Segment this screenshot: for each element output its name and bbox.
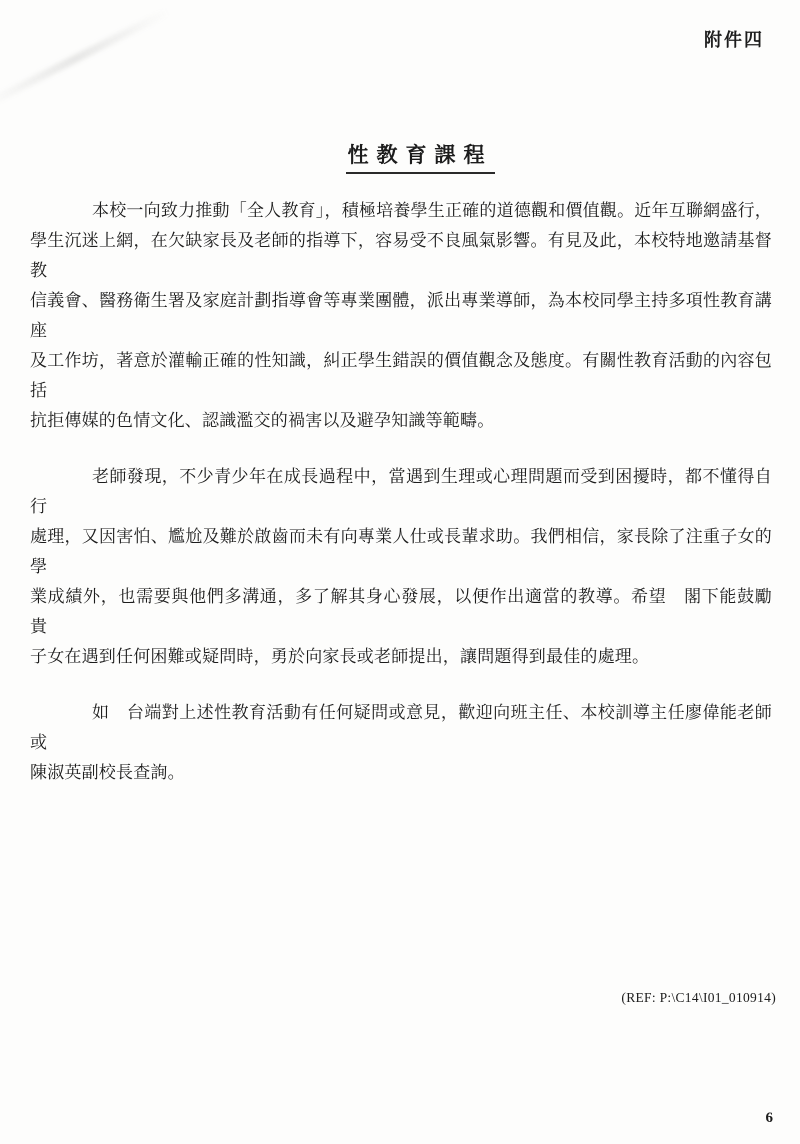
paragraph-line: 子女在遇到任何困難或疑問時，勇於向家長或老師提出，讓問題得到最佳的處理。 (30, 642, 772, 672)
paragraph-line: 及工作坊，著意於灌輸正確的性知識，糾正學生錯誤的價值觀念及態度。有關性教育活動的… (30, 346, 772, 406)
paragraph: 如 台端對上述性教育活動有任何疑問或意見，歡迎向班主任、本校訓導主任廖偉能老師或… (30, 698, 772, 788)
paragraph: 老師發現，不少青少年在成長過程中，當遇到生理或心理問題而受到困擾時，都不懂得自行… (30, 462, 772, 672)
paragraph-line: 學生沉迷上網，在欠缺家長及老師的指導下，容易受不良風氣影響。有見及此，本校特地邀… (30, 226, 772, 286)
reference-code: (REF: P:\C14\I01_010914) (621, 990, 776, 1006)
paragraph-line: 陳淑英副校長查詢。 (30, 758, 772, 788)
attachment-label: 附件四 (704, 26, 764, 52)
page-title: 性教育課程 (346, 139, 495, 174)
paragraph-line: 如 台端對上述性教育活動有任何疑問或意見，歡迎向班主任、本校訓導主任廖偉能老師或 (30, 698, 772, 758)
paragraph-line: 老師發現，不少青少年在成長過程中，當遇到生理或心理問題而受到困擾時，都不懂得自行 (30, 462, 772, 522)
paragraph-line: 信義會、醫務衛生署及家庭計劃指導會等專業團體，派出專業導師，為本校同學主持多項性… (30, 286, 772, 346)
document-body: 本校一向致力推動「全人教育」，積極培養學生正確的道德觀和價值觀。近年互聯網盛行，… (30, 196, 772, 814)
paragraph-line: 本校一向致力推動「全人教育」，積極培養學生正確的道德觀和價值觀。近年互聯網盛行， (30, 196, 772, 226)
paragraph: 本校一向致力推動「全人教育」，積極培養學生正確的道德觀和價值觀。近年互聯網盛行，… (30, 196, 772, 436)
document-page: 附件四 性教育課程 本校一向致力推動「全人教育」，積極培養學生正確的道德觀和價值… (0, 0, 800, 1144)
scan-smudge-artifact (0, 8, 170, 110)
paragraph-line: 處理，又因害怕、尷尬及難於啟齒而未有向專業人仕或長輩求助。我們相信，家長除了注重… (30, 522, 772, 582)
paragraph-line: 業成績外，也需要與他們多溝通，多了解其身心發展，以便作出適當的教導。希望 閣下能… (30, 582, 772, 642)
page-number: 6 (766, 1110, 774, 1127)
paragraph-line: 抗拒傳媒的色情文化、認識濫交的禍害以及避孕知識等範疇。 (30, 406, 772, 436)
title-wrap: 性教育課程 (0, 139, 800, 174)
